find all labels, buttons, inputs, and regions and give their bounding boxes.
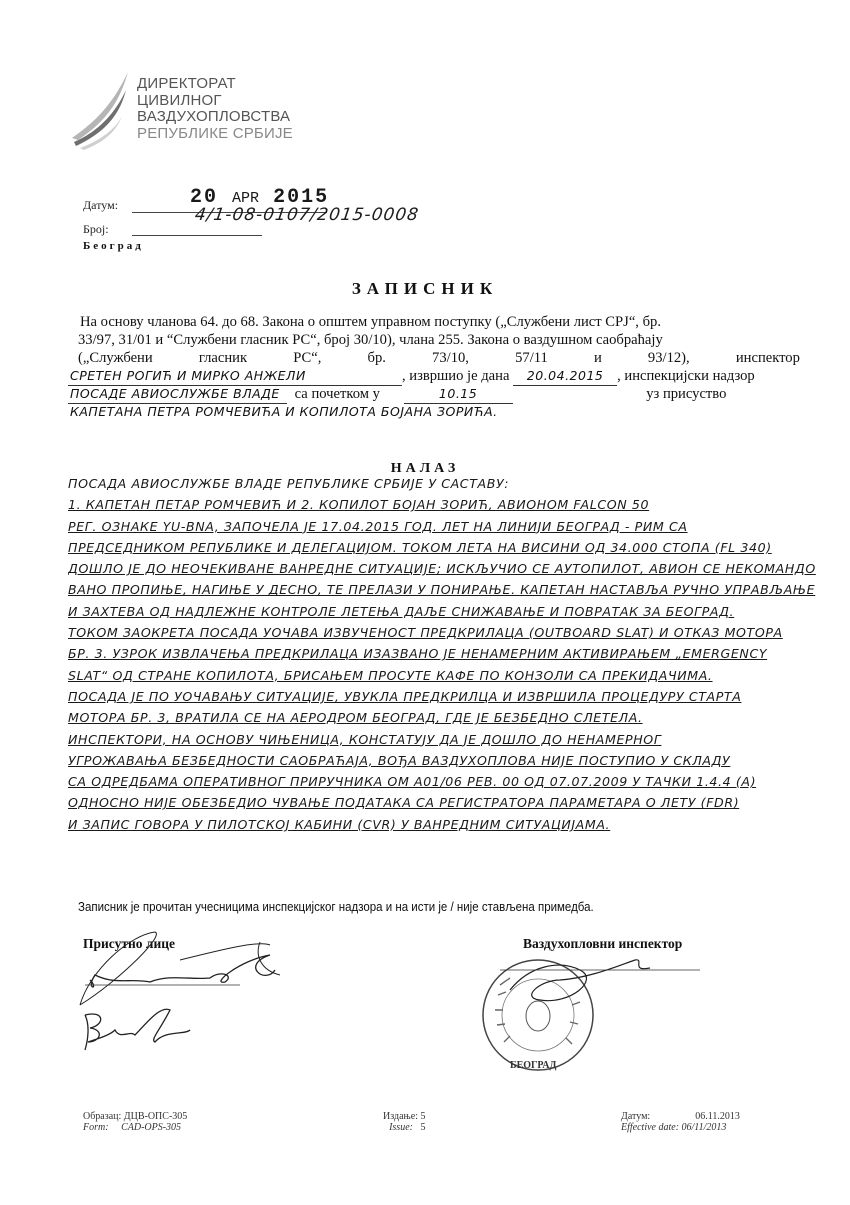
- start-time-handwritten: 10.15: [404, 385, 513, 404]
- intro-word: 57/11: [515, 349, 548, 367]
- form-value-en: CAD-OPS-305: [121, 1122, 181, 1133]
- intro-word: бр.: [368, 349, 386, 367]
- city-label: Београд: [83, 240, 144, 252]
- case-number-handwritten: 4/1-08-0107/2015-0008: [194, 205, 421, 225]
- intro-line-2: 33/97, 31/01 и “Службени гласник РС“, бр…: [78, 331, 800, 349]
- performed-label: , извршио је дана: [402, 368, 509, 384]
- issue-value-en: 5: [420, 1122, 425, 1133]
- inspection-date-handwritten: 20.04.2015: [513, 367, 617, 386]
- footer-date: Датум:06.11.2013 Effective date: 06/11/2…: [621, 1111, 740, 1133]
- intro-line-3: („Службени гласник РС“, бр. 73/10, 57/11…: [78, 349, 800, 367]
- date-value-en: 06/11/2013: [682, 1122, 727, 1133]
- intro-line-6: капетана Петра Ромчевића и копилота Боја…: [68, 403, 800, 421]
- logo-line-3: ВАЗДУХОПЛОВСТВА: [137, 109, 293, 126]
- finding-line: са одредбама Оперативног приручника ОМ А…: [68, 771, 838, 792]
- intro-line-5: посаде Авиослужбе Владе са почетком у 10…: [68, 385, 800, 403]
- finding-line: Председником Републике и делегацијом. То…: [68, 537, 838, 558]
- presence-label: уз присуство: [646, 386, 726, 402]
- date-label: Датум:: [83, 198, 118, 213]
- finding-line: мотора бр. 3, вратила се на аеродром Бео…: [68, 707, 838, 728]
- issue-value-sr: 5: [420, 1111, 425, 1122]
- finding-line: вано пропиње, нагиње у десно, те прелази…: [68, 579, 838, 600]
- intro-word: 73/10,: [432, 349, 469, 367]
- supervision-label: , инспекцијски надзор: [617, 368, 755, 384]
- finding-line: и запис говора у пилотској кабини (CVR) …: [68, 814, 838, 835]
- logo-line-2: ЦИВИЛНОГ: [137, 93, 293, 110]
- swoosh-logo-icon: [70, 70, 130, 150]
- number-label: Број:: [83, 222, 109, 237]
- issue-label-sr: Издање:: [383, 1111, 418, 1122]
- finding-line: угрожавања безбедности саобраћаја, вођа …: [68, 750, 838, 771]
- finding-line: Посада је по уочавању ситуације, увукла …: [68, 686, 838, 707]
- footer-issue: Издање: 5 Issue: 5: [383, 1111, 425, 1133]
- closing-statement: Записник је прочитан учесницима инспекци…: [78, 900, 594, 914]
- intro-word: и: [594, 349, 602, 367]
- footer-form: Образац: ДЦВ-ОПС-305 Form: CAD-OPS-305: [83, 1111, 187, 1133]
- finding-line: дошло је до неочекиване ванредне ситуаци…: [68, 558, 838, 579]
- finding-line: и захтева од надлежне контроле летења да…: [68, 601, 838, 622]
- intro-word: („Службени: [78, 349, 153, 367]
- document-title: ЗАПИСНИК: [0, 279, 850, 299]
- present-person-signatures: [60, 930, 300, 1060]
- intro-line-1: На основу чланова 64. до 68. Закона о оп…: [78, 313, 800, 331]
- inspectors-handwritten: Сретен Рогић и Мирко Анжели: [68, 367, 402, 386]
- form-label-sr: Образац:: [83, 1111, 121, 1122]
- finding-line: Инспектори, на основу чињеница, констату…: [68, 729, 838, 750]
- finding-line: односно није обезбедио чување података с…: [68, 792, 838, 813]
- finding-line: бр. 3. Узрок извлачења предкрилаца изазв…: [68, 643, 838, 664]
- finding-line: Током заокрета посада уочава извученост …: [68, 622, 838, 643]
- date-label-sr: Датум:: [621, 1111, 650, 1122]
- subject-handwritten: посаде Авиослужбе Владе: [68, 385, 287, 404]
- intro-word: гласник: [199, 349, 247, 367]
- official-stamp-icon: БЕОГРАД: [470, 950, 700, 1075]
- organization-logo-text: ДИРЕКТОРАТ ЦИВИЛНОГ ВАЗДУХОПЛОВСТВА РЕПУ…: [137, 76, 293, 142]
- finding-line: slat“ од стране копилота, брисањем просу…: [68, 665, 838, 686]
- date-label-en: Effective date:: [621, 1122, 679, 1133]
- form-value-sr: ДЦВ-ОПС-305: [124, 1111, 188, 1122]
- intro-line-4: Сретен Рогић и Мирко Анжели, извршио је …: [68, 367, 800, 385]
- intro-word: инспектор: [736, 349, 800, 367]
- intro-paragraph: На основу чланова 64. до 68. Закона о оп…: [78, 313, 800, 421]
- logo-line-4: РЕПУБЛИКЕ СРБИЈЕ: [137, 126, 293, 143]
- presence-handwritten: капетана Петра Ромчевића и копилота Боја…: [68, 403, 500, 421]
- finding-line: 1. капетан Петар Ромчевић и 2. копилот Б…: [68, 494, 838, 515]
- date-value-sr: 06.11.2013: [695, 1111, 740, 1122]
- number-underline: [132, 235, 262, 236]
- issue-label-en: Issue:: [389, 1122, 413, 1133]
- intro-word: 93/12),: [648, 349, 690, 367]
- finding-line: Посада Авиослужбе Владе Републике Србије…: [68, 473, 838, 494]
- start-label: са почетком у: [295, 386, 380, 402]
- form-label-en: Form:: [83, 1122, 109, 1133]
- finding-handwritten-text: Посада Авиослужбе Владе Републике Србије…: [68, 473, 838, 835]
- finding-line: рег. ознаке YU-BNA, започела је 17.04.20…: [68, 516, 838, 537]
- stamp-city-text: БЕОГРАД: [510, 1060, 556, 1071]
- logo-line-1: ДИРЕКТОРАТ: [137, 76, 293, 93]
- intro-word: РС“,: [293, 349, 321, 367]
